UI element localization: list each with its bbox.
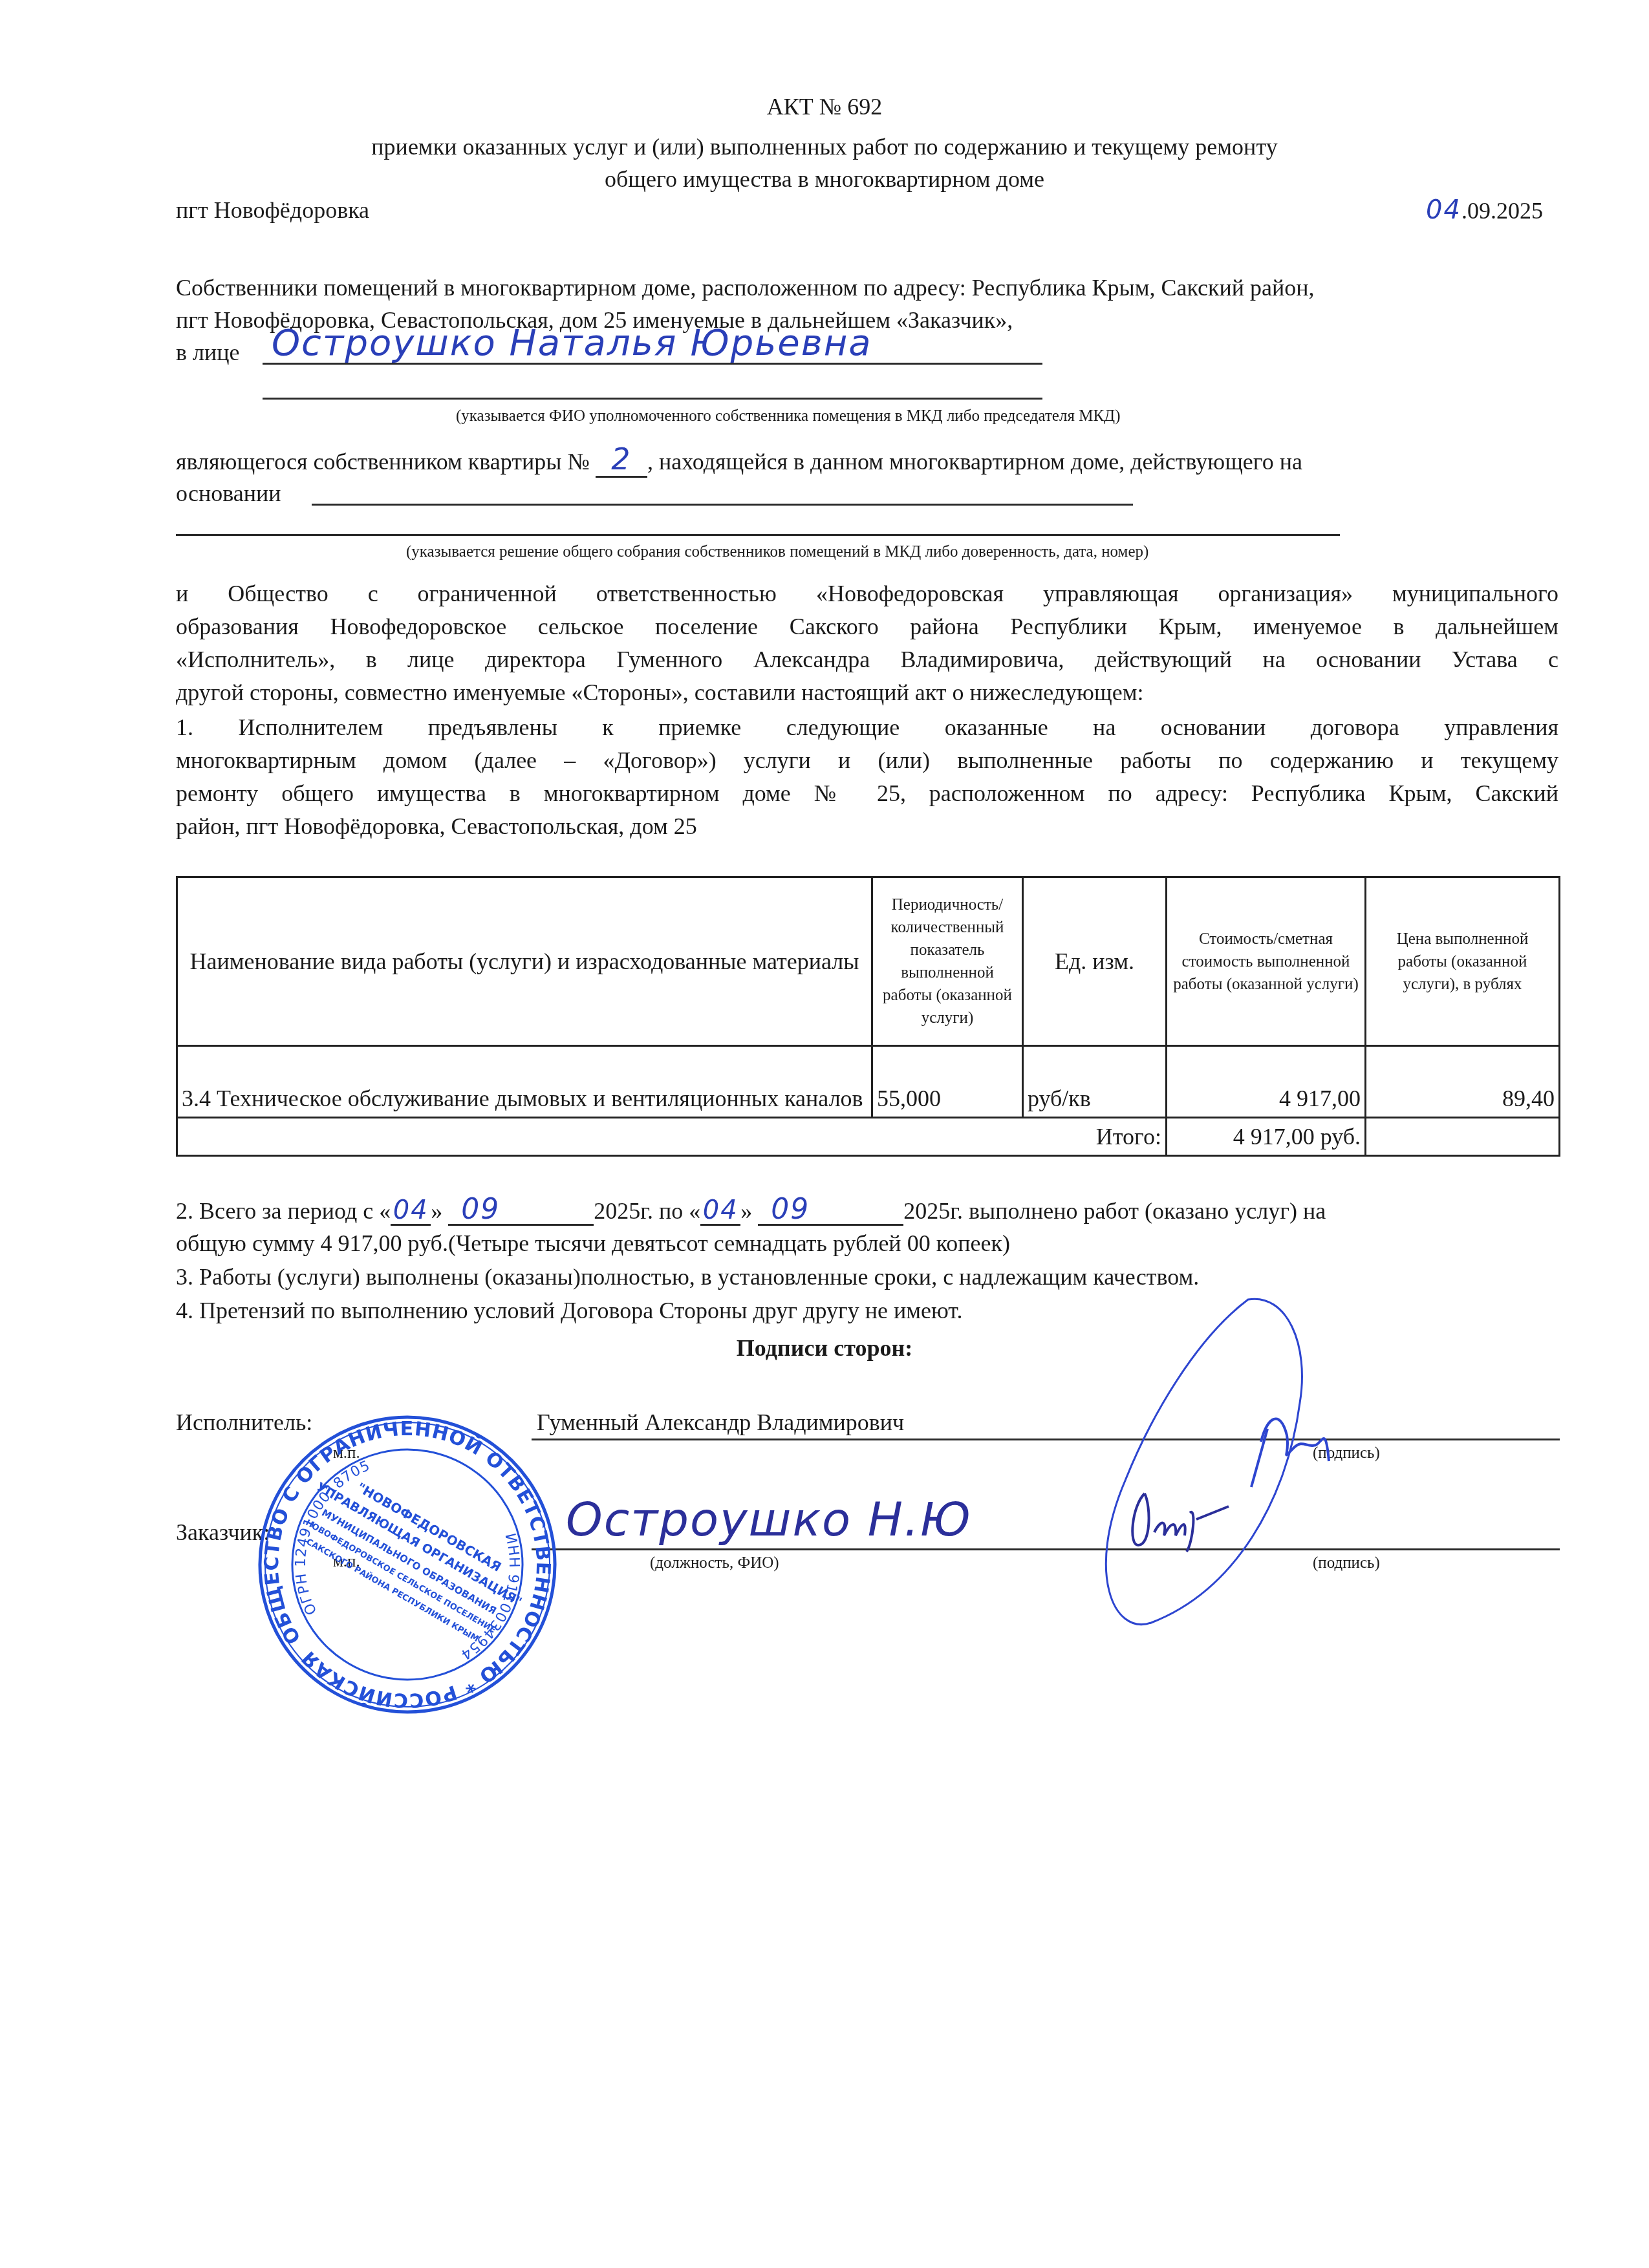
clause-1: 1. Исполнителем предъявлены к приемке сл… (176, 711, 1558, 843)
apartment-field[interactable]: 2 (596, 445, 647, 478)
from-day-handwritten: 04 (393, 1195, 429, 1225)
customer-caption: (должность, ФИО) (650, 1553, 779, 1574)
header-price: Цена выполненной работы (оказанной услуг… (1366, 877, 1560, 1046)
clause-1-line: многоквартирным домом (далее – «Договор»… (176, 744, 1558, 777)
clause-2-mid: 2025г. по « (594, 1198, 700, 1224)
representative-line (263, 363, 1042, 365)
customer-name-handwritten[interactable]: Остроушко Н.Ю (566, 1490, 972, 1548)
date-printed: .09.2025 (1461, 198, 1543, 224)
intro-line1: Собственники помещений в многоквартирном… (176, 272, 1315, 304)
clause-2-line1: 2. Всего за период с «04» 092025г. по «0… (176, 1195, 1326, 1227)
contractor-line: другой стороны, совместно именуемые «Сто… (176, 676, 1558, 709)
header-cost: Стоимость/сметная стоимость выполненной … (1167, 877, 1366, 1046)
place: пгт Новофёдоровка (176, 194, 369, 226)
clause-4: 4. Претензий по выполнению условий Догов… (176, 1294, 962, 1327)
clause-1-line: ремонту общего имущества в многоквартирн… (176, 777, 1558, 810)
header-quantity: Периодичность/ количественный показатель… (872, 877, 1023, 1046)
to-day-field[interactable]: 04 (700, 1197, 740, 1226)
date-day-handwritten: 04 (1426, 195, 1461, 225)
total-label: Итого: (177, 1118, 1167, 1156)
to-month-handwritten: 09 (758, 1193, 810, 1226)
from-day-field[interactable]: 04 (391, 1197, 431, 1226)
contractor-name: Гуменный Александр Владимирович (537, 1406, 904, 1439)
owner-line: являющегося собственником квартиры № 2, … (176, 445, 1302, 478)
header-unit: Ед. изм. (1023, 877, 1167, 1046)
header-name: Наименование вида работы (услуги) и изра… (177, 877, 872, 1046)
basis-label: основании (176, 477, 281, 509)
table-row: 3.4 Техническое обслуживание дымовых и в… (177, 1046, 1560, 1118)
in-person-label: в лице (176, 336, 239, 369)
owner-prefix: являющегося собственником квартиры № (176, 449, 590, 475)
from-month-field[interactable]: 09 (448, 1197, 594, 1226)
contractor-line: и Общество с ограниченной ответственност… (176, 577, 1558, 610)
contractor-line: образования Новофедоровское сельское пос… (176, 610, 1558, 643)
table-header-row: Наименование вида работы (услуги) и изра… (177, 877, 1560, 1046)
row-price: 89,40 (1366, 1046, 1560, 1118)
services-table: Наименование вида работы (услуги) и изра… (176, 876, 1560, 1157)
act-title: АКТ № 692 (0, 91, 1649, 123)
row-quantity: 55,000 (872, 1046, 1023, 1118)
owner-suffix: , находящейся в данном многоквартирном д… (647, 449, 1302, 475)
contractor-paragraph: и Общество с ограниченной ответственност… (176, 577, 1558, 709)
table-total-row: Итого: 4 917,00 руб. (177, 1118, 1560, 1156)
total-value: 4 917,00 руб. (1167, 1118, 1366, 1156)
clause-3: 3. Работы (услуги) выполнены (оказаны)по… (176, 1261, 1199, 1293)
contractor-signature (1073, 1287, 1474, 1649)
apartment-handwritten: 2 (611, 442, 631, 476)
customer-signature (1125, 1481, 1255, 1558)
representative-caption: (указывается ФИО уполномоченного собстве… (456, 406, 1120, 427)
basis-line-2[interactable] (176, 534, 1340, 536)
to-month-field[interactable]: 09 (758, 1197, 903, 1226)
act-date: 04.09.2025 (1426, 194, 1543, 227)
company-stamp: ОБЩЕСТВО С ОГРАНИЧЕННОЙ ОТВЕТСТВЕННОСТЬЮ… (255, 1413, 559, 1717)
clause-1-line: район, пгт Новофёдоровка, Севастопольска… (176, 810, 1558, 843)
act-subtitle-line2: общего имущества в многоквартирном доме (0, 163, 1649, 195)
contractor-line: «Исполнитель», в лице директора Гуменног… (176, 643, 1558, 676)
act-subtitle-line1: приемки оказанных услуг и (или) выполнен… (0, 131, 1649, 163)
row-cost: 4 917,00 (1167, 1046, 1366, 1118)
basis-caption: (указывается решение общего собрания соб… (406, 542, 1148, 562)
clause-1-line: 1. Исполнителем предъявлены к приемке сл… (176, 711, 1558, 744)
representative-handwritten[interactable]: Остроушко Наталья Юрьевна (272, 321, 872, 366)
total-empty (1366, 1118, 1560, 1156)
clause-2-line2: общую сумму 4 917,00 руб.(Четыре тысячи … (176, 1227, 1010, 1259)
representative-line-2 (263, 398, 1042, 400)
clause-2-suffix: 2025г. выполнено работ (оказано услуг) н… (903, 1198, 1326, 1224)
clause-2-prefix: 2. Всего за период с « (176, 1198, 391, 1224)
row-name: 3.4 Техническое обслуживание дымовых и в… (177, 1046, 872, 1118)
to-day-handwritten: 04 (703, 1195, 738, 1225)
basis-line[interactable] (312, 504, 1133, 506)
from-month-handwritten: 09 (448, 1193, 500, 1226)
row-unit: руб/кв (1023, 1046, 1167, 1118)
